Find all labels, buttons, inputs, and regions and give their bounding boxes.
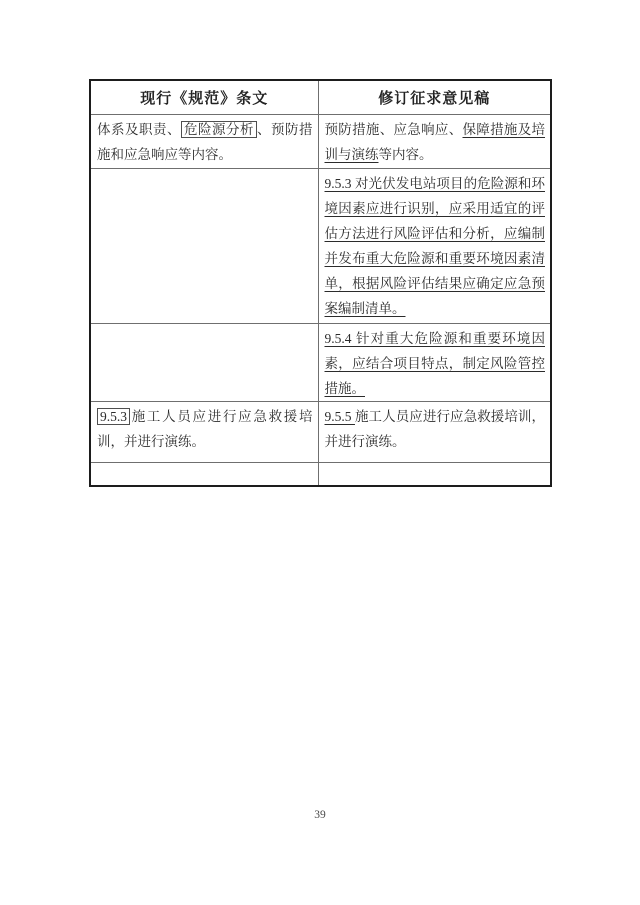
underlined-text: 9.5.3 对光伏发电站项目的危险源和环境因素应进行识别，应采用适宜的评估方法进…: [325, 176, 546, 316]
cell-current-spec: [90, 168, 318, 323]
cell-current-spec: [90, 462, 318, 486]
cell-revision-draft: [318, 462, 551, 486]
boxed-text: 危险源分析: [181, 121, 257, 138]
cell-text: 体系及职责、: [97, 122, 181, 137]
cell-text: 施工人员应进行应急救援培训，并进行演练。: [97, 409, 313, 449]
table-header-row: 现行《规范》条文 修订征求意见稿: [90, 80, 551, 114]
cell-text: 施工人员应进行应急救援培训，并进行演练。: [325, 409, 546, 449]
column-header-current-spec: 现行《规范》条文: [90, 80, 318, 114]
cell-current-spec: 体系及职责、危险源分析、预防措施和应急响应等内容。: [90, 114, 318, 168]
table-row: 9.5.4 针对重大危险源和重要环境因素，应结合项目特点，制定风险管控措施。: [90, 323, 551, 401]
cell-revision-draft: 9.5.5 施工人员应进行应急救援培训，并进行演练。: [318, 401, 551, 462]
table-row: 9.5.3 对光伏发电站项目的危险源和环境因素应进行识别，应采用适宜的评估方法进…: [90, 168, 551, 323]
cell-current-spec: [90, 323, 318, 401]
cell-revision-draft: 预防措施、应急响应、保障措施及培训与演练等内容。: [318, 114, 551, 168]
page-number: 39: [0, 809, 640, 821]
revision-comparison-table: 现行《规范》条文 修订征求意见稿 体系及职责、危险源分析、预防措施和应急响应等内…: [89, 79, 552, 487]
boxed-text: 9.5.3: [97, 408, 130, 425]
cell-text: 等内容。: [379, 147, 433, 162]
document-page: 现行《规范》条文 修订征求意见稿 体系及职责、危险源分析、预防措施和应急响应等内…: [0, 0, 640, 905]
cell-current-spec: 9.5.3施工人员应进行应急救援培训，并进行演练。: [90, 401, 318, 462]
underlined-text: 9.5.4 针对重大危险源和重要环境因素，应结合项目特点，制定风险管控措施。: [325, 331, 546, 396]
column-header-revision-draft: 修订征求意见稿: [318, 80, 551, 114]
cell-text: 预防措施、应急响应、: [325, 122, 463, 137]
cell-revision-draft: 9.5.4 针对重大危险源和重要环境因素，应结合项目特点，制定风险管控措施。: [318, 323, 551, 401]
table-row: 9.5.3施工人员应进行应急救援培训，并进行演练。 9.5.5 施工人员应进行应…: [90, 401, 551, 462]
cell-revision-draft: 9.5.3 对光伏发电站项目的危险源和环境因素应进行识别，应采用适宜的评估方法进…: [318, 168, 551, 323]
table-row: 体系及职责、危险源分析、预防措施和应急响应等内容。 预防措施、应急响应、保障措施…: [90, 114, 551, 168]
underlined-text: 9.5.5: [325, 409, 355, 424]
table-row: [90, 462, 551, 486]
